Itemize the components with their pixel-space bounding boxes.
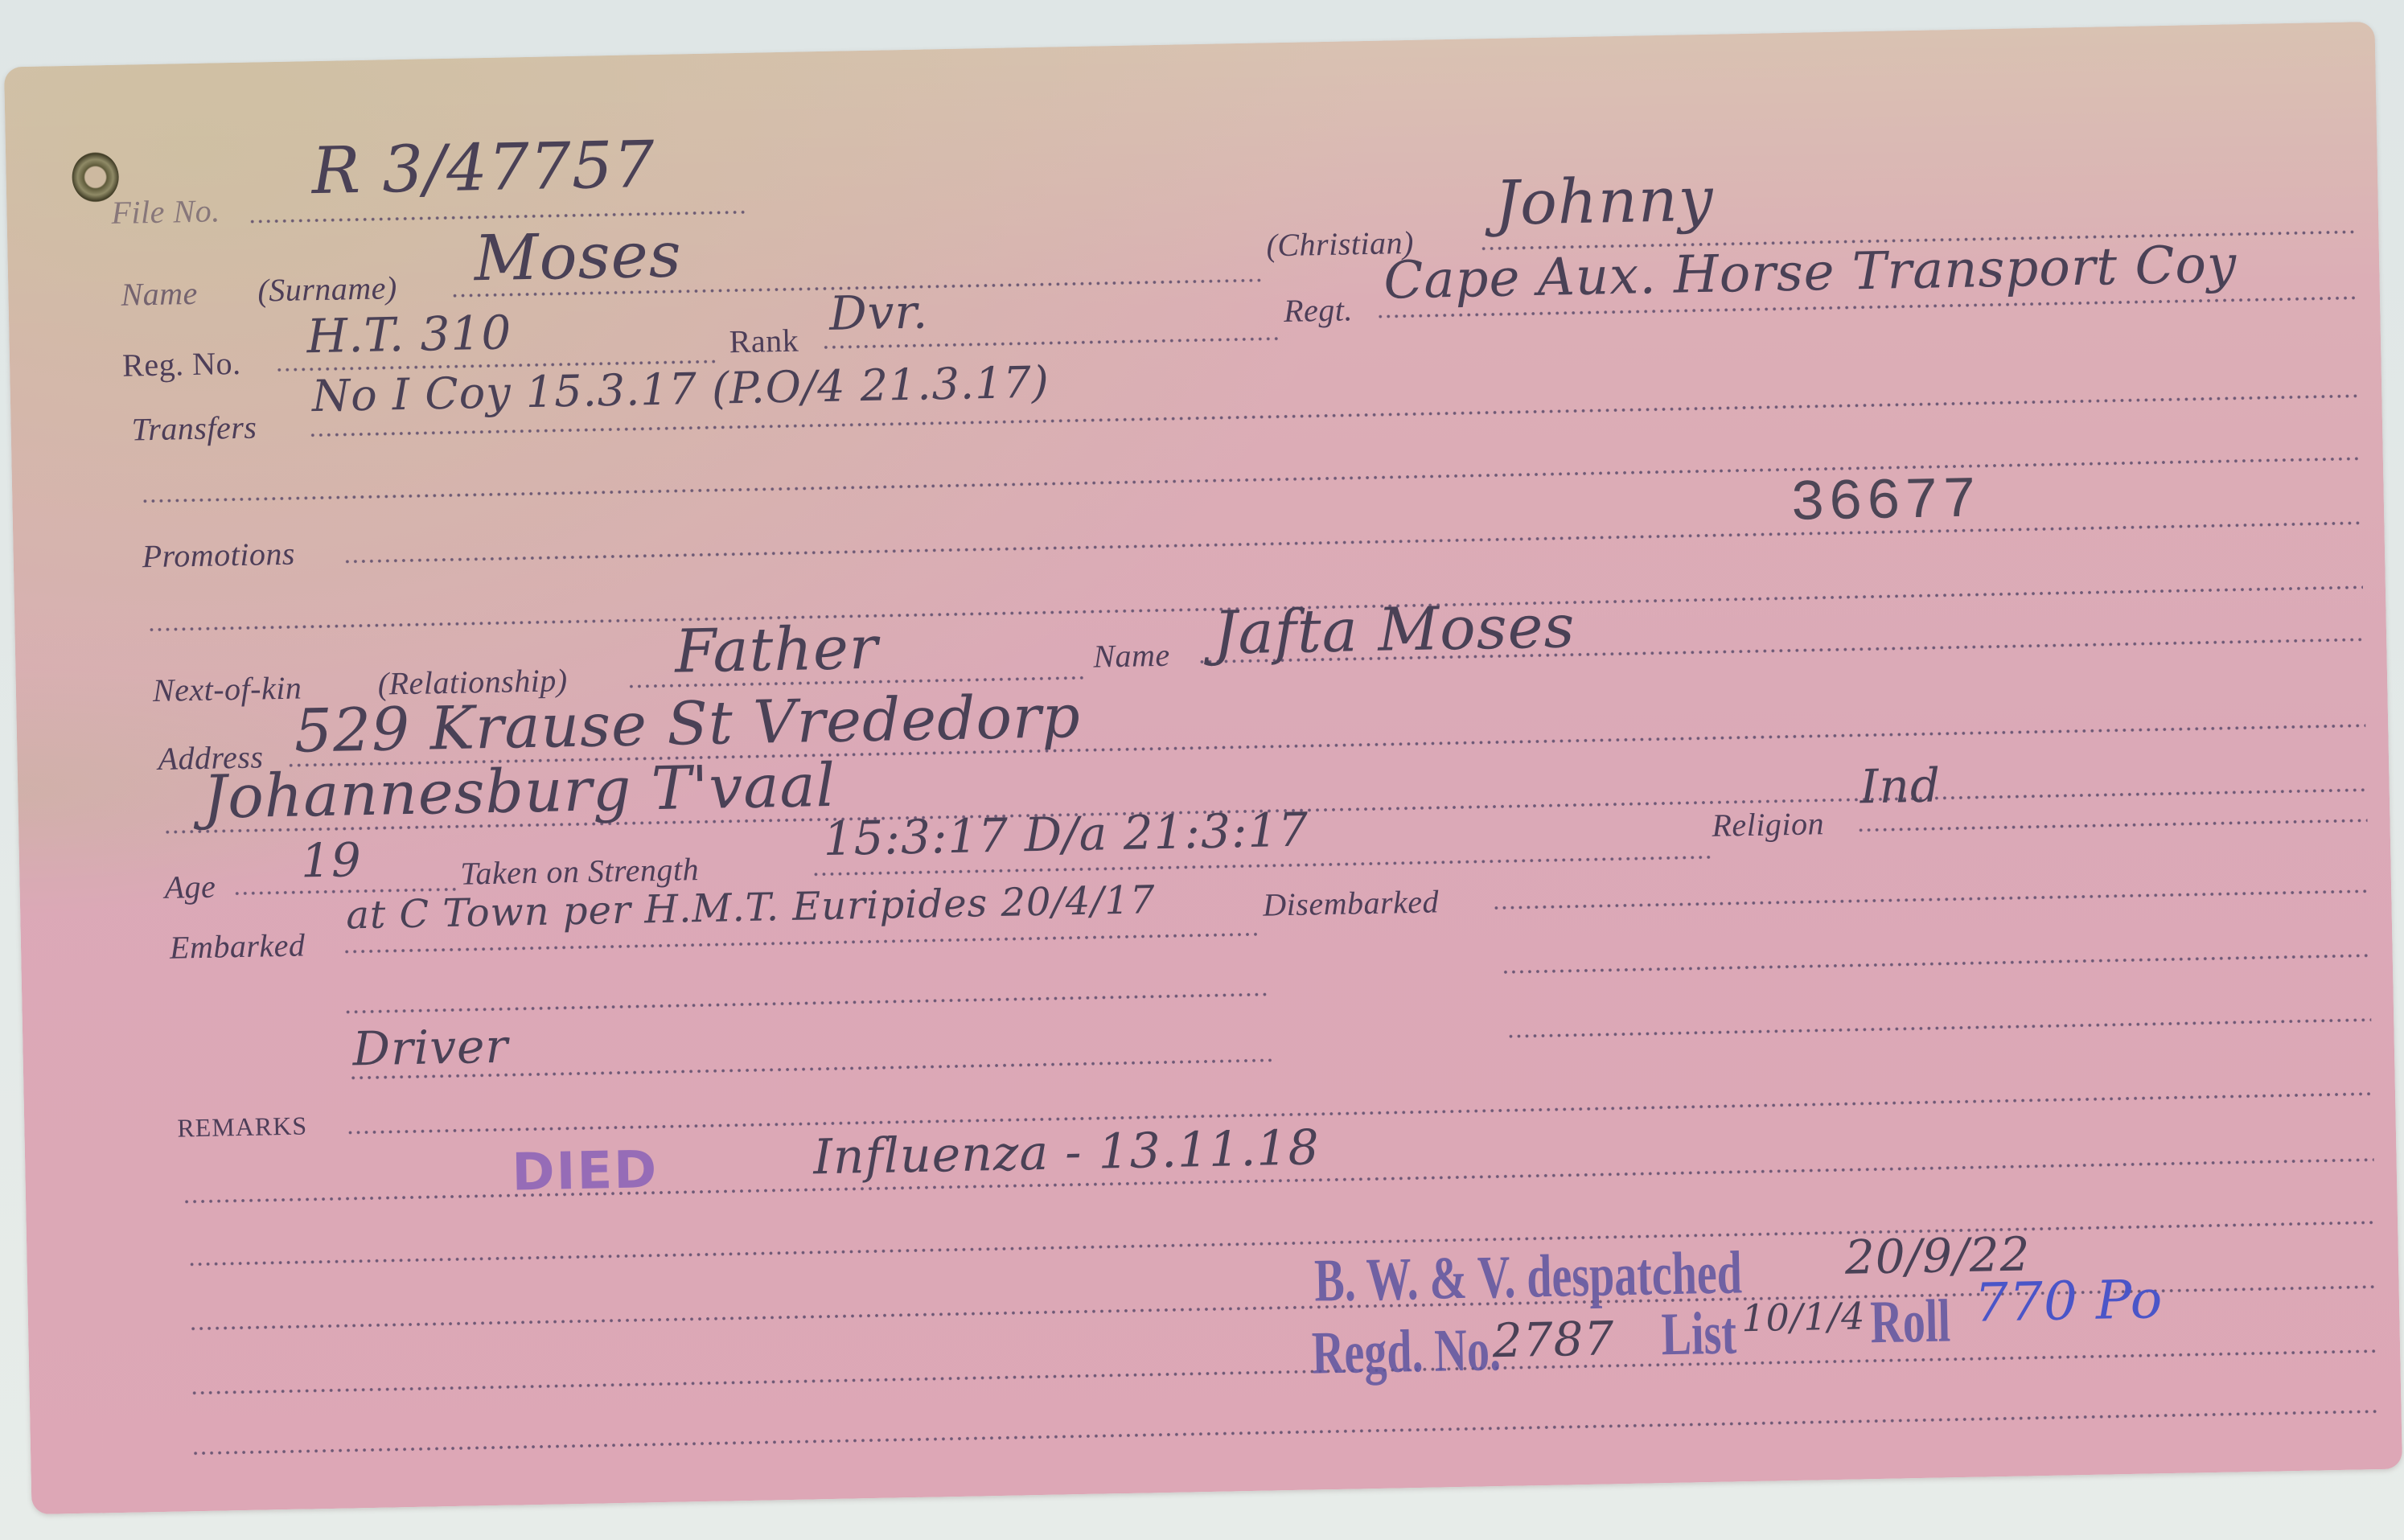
stamped-number: 36677	[1790, 467, 1981, 537]
reg-no-label: Reg. No.	[122, 344, 241, 384]
address-line2-value: Johannesburg T'vaal	[203, 751, 836, 832]
roll-label: Roll	[1870, 1287, 1951, 1357]
disembarked-line-3	[1506, 1017, 2371, 1039]
file-no-value: R 3/47757	[311, 127, 656, 208]
taken-on-strength-value: 15:3:17 D/a 21:3:17	[823, 803, 1309, 867]
file-no-label: File No.	[111, 191, 220, 232]
transfers-label: Transfers	[131, 409, 257, 449]
list-value: 10/1/4	[1741, 1294, 1866, 1340]
name-label: Name	[121, 274, 198, 314]
nok-name-value: Jafta Moses	[1213, 592, 1576, 668]
regd-no-value: 2787	[1492, 1311, 1615, 1368]
service-record-card: File No. R 3/47757 Name (Surname) Moses …	[4, 22, 2402, 1514]
embarked-label: Embarked	[170, 926, 306, 966]
blank-line-1	[141, 456, 2361, 503]
reg-no-value: H.T. 310	[306, 305, 512, 363]
roll-value: 770 Po	[1974, 1268, 2164, 1333]
next-of-kin-label: Next-of-kin	[152, 669, 302, 710]
taken-on-strength-label: Taken on Strength	[460, 850, 700, 893]
disembarked-line	[1492, 889, 2369, 910]
remarks-line-5	[191, 1349, 2378, 1395]
list-label: List	[1661, 1299, 1737, 1370]
remarks-line-6	[191, 1409, 2379, 1456]
rank-value: Dvr.	[828, 284, 928, 340]
surname-value: Moses	[474, 219, 683, 295]
remarks-line-3	[188, 1220, 2376, 1267]
promotions-line	[343, 520, 2362, 564]
remarks-value: Influenza - 13.11.18	[813, 1119, 1321, 1185]
rank-label: Rank	[729, 322, 799, 361]
remarks-line	[346, 1091, 2373, 1135]
blank-line-3	[344, 992, 1269, 1014]
occupation-value: Driver	[352, 1019, 509, 1077]
regd-no-label: Regd. No.	[1311, 1316, 1502, 1389]
nok-name-label: Name	[1093, 636, 1170, 676]
age-label: Age	[164, 868, 216, 906]
remarks-label: REMARKS	[177, 1111, 307, 1143]
disembarked-line-2	[1502, 953, 2370, 975]
religion-value: Ind	[1860, 758, 1942, 814]
relationship-value: Father	[674, 614, 879, 687]
promotions-label: Promotions	[142, 535, 295, 576]
surname-label: (Surname)	[257, 269, 397, 309]
religion-label: Religion	[1712, 804, 1824, 844]
age-value: 19	[300, 832, 362, 888]
religion-line	[1857, 818, 2368, 832]
christian-value: Johnny	[1494, 163, 1715, 239]
regt-label: Regt.	[1284, 290, 1354, 330]
disembarked-label: Disembarked	[1263, 882, 1440, 923]
